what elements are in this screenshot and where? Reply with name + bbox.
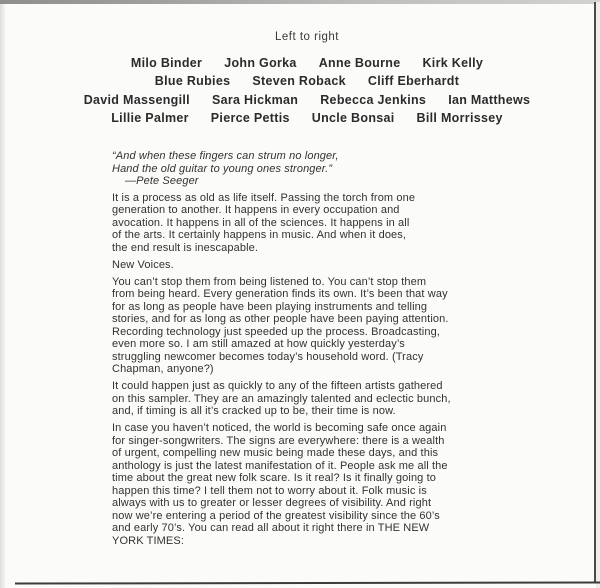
artist-name: Anne Bourne: [319, 56, 401, 70]
artist-name: Pierce Pettis: [211, 111, 290, 125]
artist-row: David MassengillSara HickmanRebecca Jenk…: [14, 91, 600, 109]
artist-name: Milo Binder: [131, 56, 202, 70]
booklet-page: Left to right Milo BinderJohn GorkaAnne …: [0, 0, 600, 588]
paragraphs: It is a process as old as life itself. P…: [112, 192, 510, 548]
artist-row: Blue RubiesSteven RobackCliff Eberhardt: [14, 72, 600, 90]
quote-block: “And when these fingers can strum no lon…: [112, 150, 510, 188]
artist-name: Lillie Palmer: [111, 111, 189, 125]
scan-edge-top: [0, 0, 600, 4]
scan-edge-right-outer: [596, 2, 600, 588]
liner-notes: “And when these fingers can strum no lon…: [112, 150, 510, 552]
artist-row: Milo BinderJohn GorkaAnne BourneKirk Kel…: [14, 54, 600, 72]
artist-name: Steven Roback: [252, 74, 346, 88]
artist-name: Ian Matthews: [448, 93, 530, 107]
paragraph: It is a process as old as life itself. P…: [112, 192, 510, 255]
artist-name: David Massengill: [84, 93, 190, 107]
artist-name: Blue Rubies: [155, 74, 231, 88]
artist-name: Bill Morrissey: [417, 111, 503, 125]
paragraph: New Voices.: [112, 259, 510, 272]
artist-name: Cliff Eberhardt: [368, 74, 459, 88]
artist-name: Sara Hickman: [212, 93, 298, 107]
quote-attribution: —Pete Seeger: [112, 175, 510, 188]
quote-line-1: “And when these fingers can strum no lon…: [112, 150, 510, 163]
scan-edge-left: [0, 4, 5, 588]
artist-name: Rebecca Jenkins: [320, 93, 426, 107]
quote-line-2: Hand the old guitar to young ones strong…: [112, 163, 510, 176]
artist-names: Milo BinderJohn GorkaAnne BourneKirk Kel…: [0, 54, 600, 128]
artist-name: John Gorka: [224, 56, 296, 70]
artist-name: Uncle Bonsai: [312, 111, 395, 125]
scan-edge-bottom-line: [15, 581, 600, 584]
artist-name: Kirk Kelly: [422, 56, 483, 70]
paragraph: It could happen just as quickly to any o…: [112, 380, 510, 418]
scan-edge-right-line: [594, 2, 596, 582]
artist-row: Lillie PalmerPierce PettisUncle BonsaiBi…: [14, 109, 600, 127]
paragraph: You can’t stop them from being listened …: [112, 276, 510, 376]
paragraph: In case you haven’t noticed, the world i…: [112, 422, 510, 547]
photo-caption: Left to right: [0, 0, 600, 44]
